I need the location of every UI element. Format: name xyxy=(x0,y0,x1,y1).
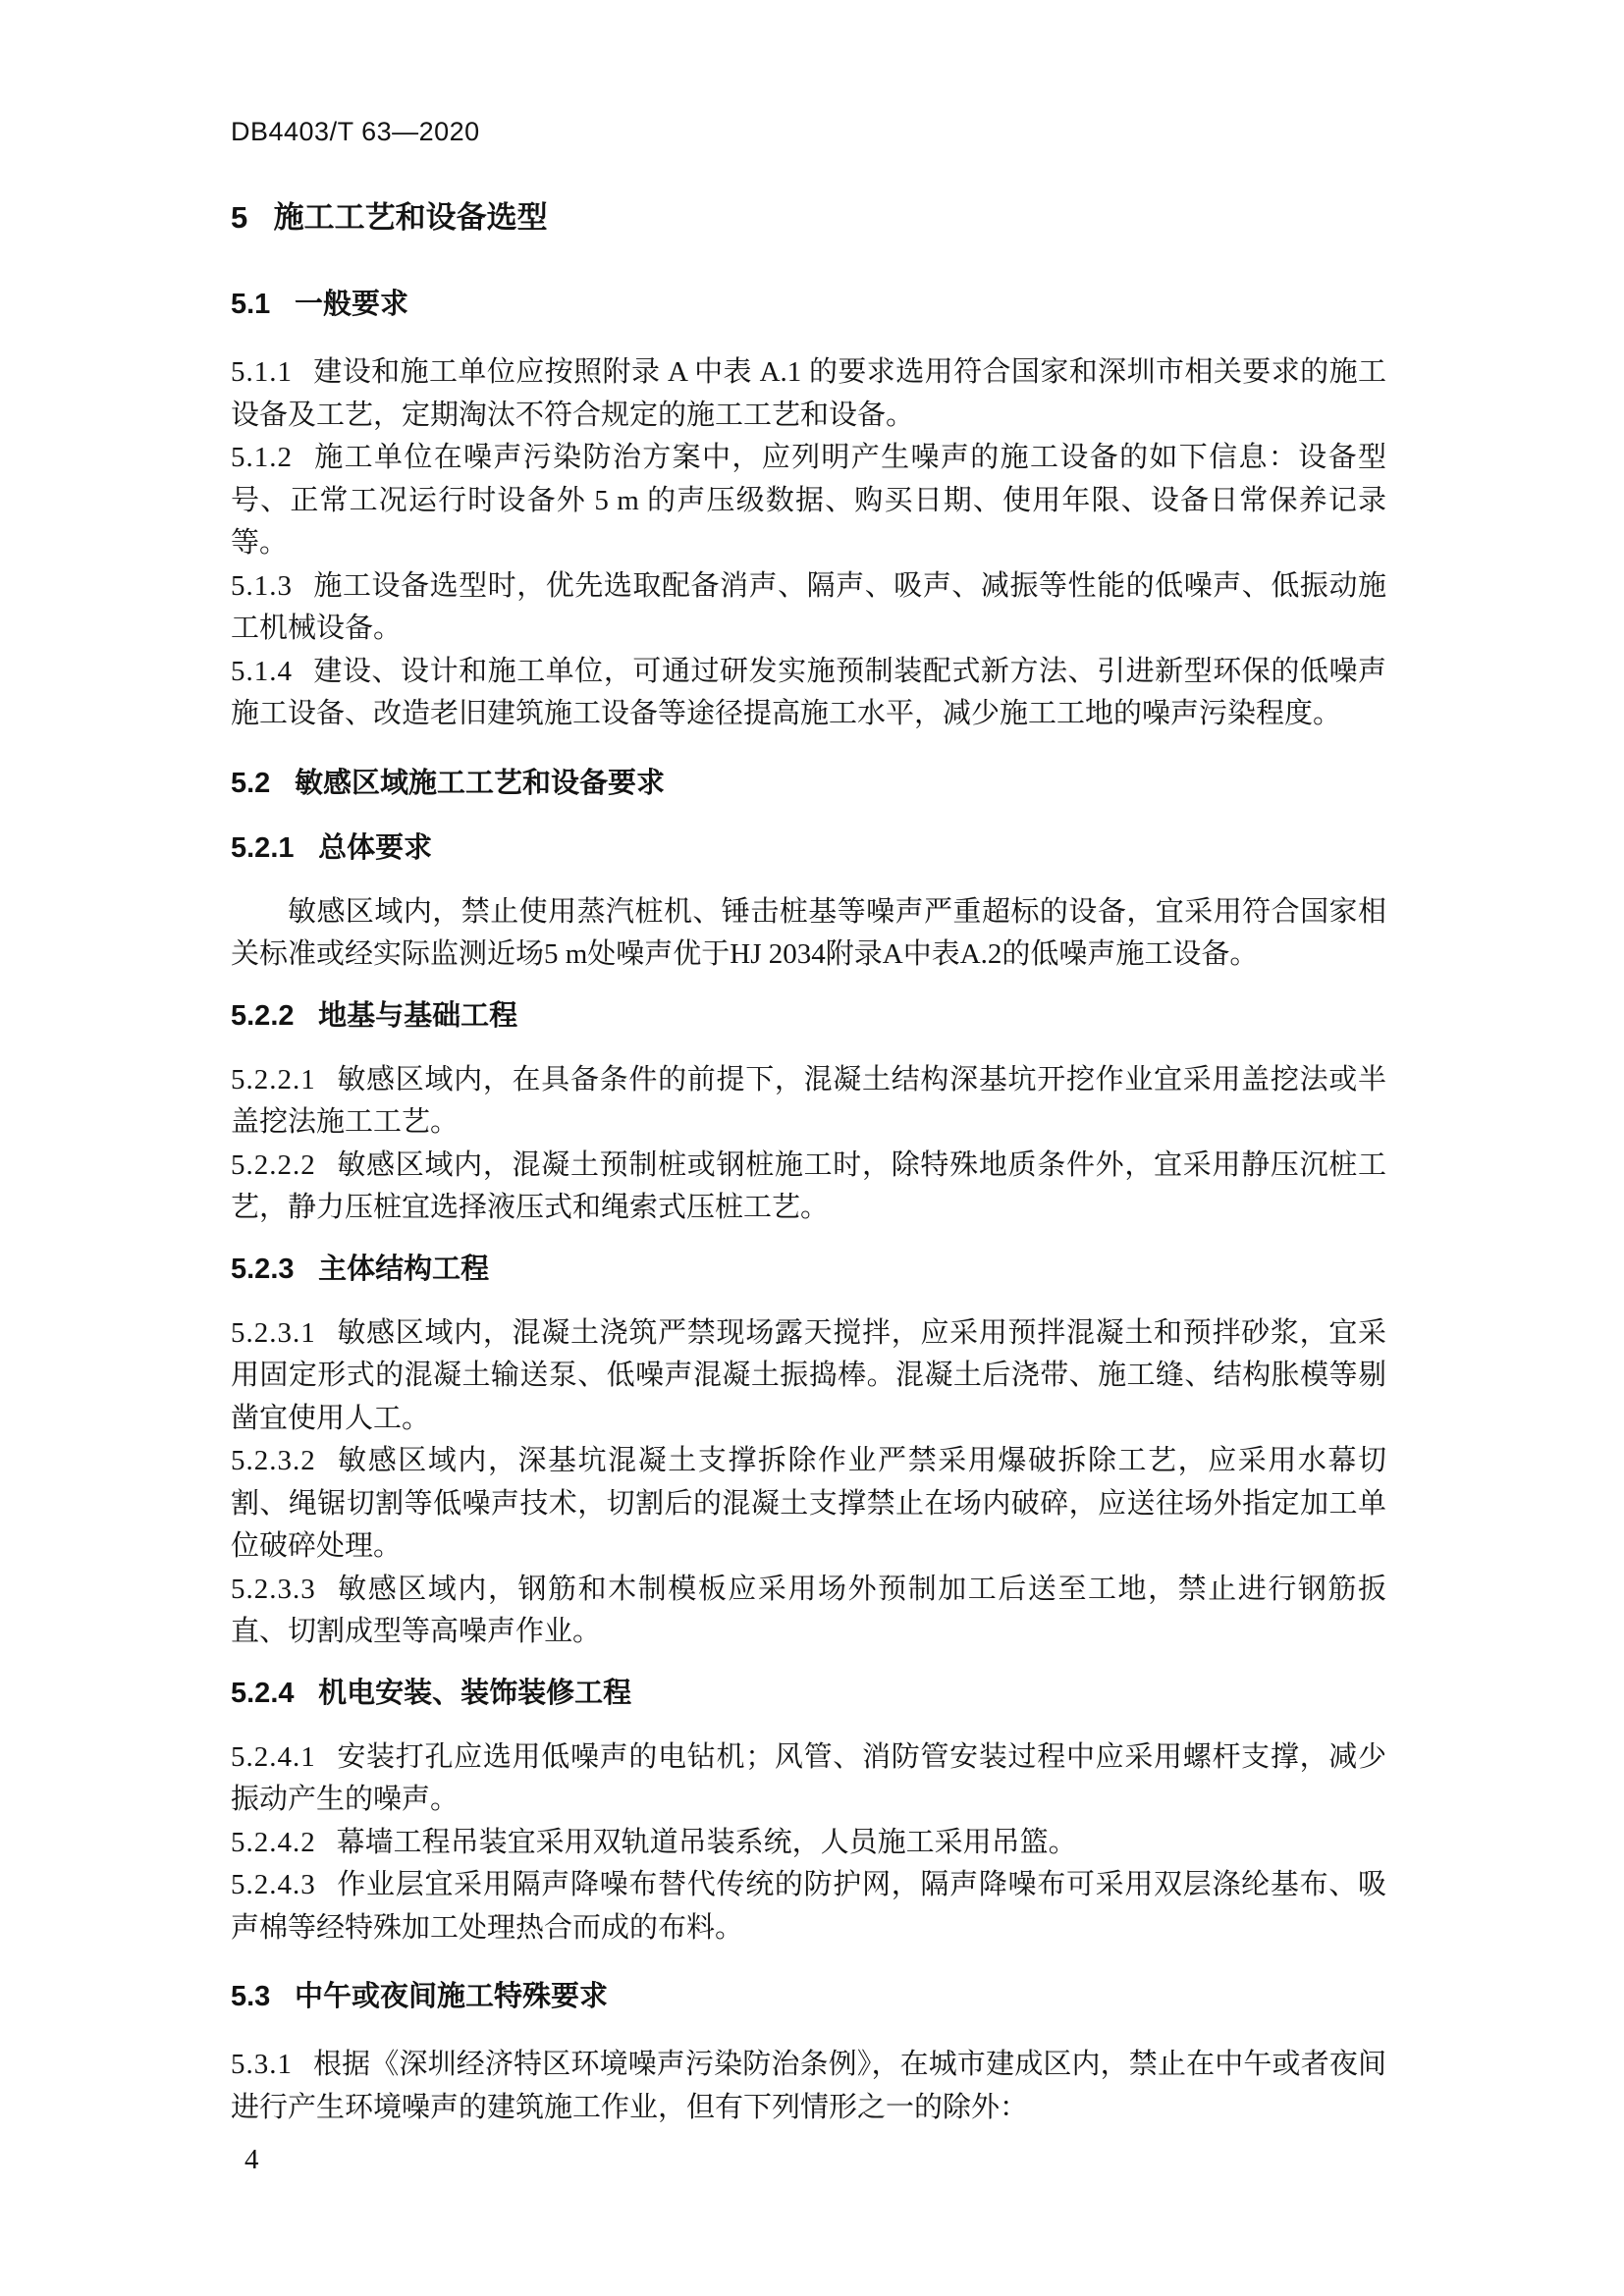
heading-label: 敏感区域施工工艺和设备要求 xyxy=(295,768,665,799)
clause-number: 5.2.3.3 xyxy=(231,1574,316,1605)
clause-paragraph-5.1.1: 5.1.1建设和施工单位应按照附录 A 中表 A.1 的要求选用符合国家和深圳市… xyxy=(231,351,1386,437)
heading-label: 中午或夜间施工特殊要求 xyxy=(295,1981,608,2012)
clause-text: 建设和施工单位应按照附录 A 中表 A.1 的要求选用符合国家和深圳市相关要求的… xyxy=(231,356,1386,431)
clause-paragraph-5.2.4.1: 5.2.4.1安装打孔应选用低噪声的电钻机；风管、消防管安装过程中应采用螺杆支撑… xyxy=(231,1736,1386,1822)
content-blocks: 5施工工艺和设备选型5.1一般要求5.1.1建设和施工单位应按照附录 A 中表 … xyxy=(231,198,1386,2129)
clause-number: 5.2.3.2 xyxy=(231,1445,316,1476)
clause-text: 敏感区域内，深基坑混凝土支撑拆除作业严禁采用爆破拆除工艺，应采用水幕切割、绳锯切… xyxy=(231,1445,1386,1562)
clause-number: 5.2.2.2 xyxy=(231,1149,316,1181)
clause-paragraph-5.1.4: 5.1.4建设、设计和施工单位，可通过研发实施预制装配式新方法、引进新型环保的低… xyxy=(231,651,1386,736)
heading-number: 5.2.1 xyxy=(231,832,295,864)
clause-paragraph-5.2.3.2: 5.2.3.2敏感区域内，深基坑混凝土支撑拆除作业严禁采用爆破拆除工艺，应采用水… xyxy=(231,1440,1386,1569)
heading-number: 5.3 xyxy=(231,1981,270,2012)
document-page: DB4403/T 63—2020 5施工工艺和设备选型5.1一般要求5.1.1建… xyxy=(0,0,1624,2296)
clause-number: 5.1.2 xyxy=(231,442,293,473)
clause-number: 5.3.1 xyxy=(231,2049,293,2080)
clause-number: 5.1.1 xyxy=(231,356,293,388)
clause-text: 幕墙工程吊装宜采用双轨道吊装系统，人员施工采用吊篮。 xyxy=(337,1827,1077,1858)
clause-number: 5.2.3.1 xyxy=(231,1317,316,1349)
clause-text: 安装打孔应选用低噪声的电钻机；风管、消防管安装过程中应采用螺杆支撑，减少振动产生… xyxy=(231,1741,1386,1816)
page-content: DB4403/T 63—2020 5施工工艺和设备选型5.1一般要求5.1.1建… xyxy=(231,116,1386,2129)
clause-number: 5.2.4.2 xyxy=(231,1827,316,1858)
section-heading-5.2.1: 5.2.1总体要求 xyxy=(231,830,1386,866)
clause-text: 施工设备选型时，优先选取配备消声、隔声、吸声、减振等性能的低噪声、低振动施工机械… xyxy=(231,570,1386,645)
section-heading-5.2.3: 5.2.3主体结构工程 xyxy=(231,1252,1386,1287)
section-heading-5: 5施工工艺和设备选型 xyxy=(231,198,1386,238)
heading-label: 总体要求 xyxy=(318,832,432,864)
heading-label: 机电安装、装饰装修工程 xyxy=(318,1678,631,1709)
clause-number: 5.2.4.3 xyxy=(231,1869,316,1900)
heading-label: 施工工艺和设备选型 xyxy=(274,200,548,235)
section-heading-5.3: 5.3中午或夜间施工特殊要求 xyxy=(231,1979,1386,2014)
clause-text: 敏感区域内，混凝土浇筑严禁现场露天搅拌，应采用预拌混凝土和预拌砂浆，宜采用固定形… xyxy=(231,1317,1386,1434)
section-heading-5.2.2: 5.2.2地基与基础工程 xyxy=(231,998,1386,1034)
clause-text: 敏感区域内，在具备条件的前提下，混凝土结构深基坑开挖作业宜采用盖挖法或半盖挖法施… xyxy=(231,1064,1386,1139)
section-heading-5.2: 5.2敏感区域施工工艺和设备要求 xyxy=(231,766,1386,801)
heading-number: 5.2.4 xyxy=(231,1678,295,1709)
clause-paragraph-5.2.3.1: 5.2.3.1敏感区域内，混凝土浇筑严禁现场露天搅拌，应采用预拌混凝土和预拌砂浆… xyxy=(231,1312,1386,1441)
heading-number: 5.2.3 xyxy=(231,1254,295,1285)
clause-number: 5.1.4 xyxy=(231,656,293,687)
clause-paragraph-5.2.2.2: 5.2.2.2敏感区域内，混凝土预制桩或钢桩施工时，除特殊地质条件外，宜采用静压… xyxy=(231,1145,1386,1230)
clause-text: 根据《深圳经济特区环境噪声污染防治条例》，在城市建成区内，禁止在中午或者夜间进行… xyxy=(231,2049,1386,2123)
clause-text: 施工单位在噪声污染防治方案中，应列明产生噪声的施工设备的如下信息：设备型号、正常… xyxy=(231,442,1386,559)
clause-number: 5.2.4.1 xyxy=(231,1741,316,1773)
heading-label: 地基与基础工程 xyxy=(318,1000,517,1032)
clause-paragraph-5.1.3: 5.1.3施工设备选型时，优先选取配备消声、隔声、吸声、减振等性能的低噪声、低振… xyxy=(231,565,1386,651)
clause-number: 5.2.2.1 xyxy=(231,1064,316,1095)
heading-label: 主体结构工程 xyxy=(318,1254,489,1285)
document-code: DB4403/T 63—2020 xyxy=(231,116,1386,147)
clause-number: 5.1.3 xyxy=(231,570,293,602)
body-paragraph: 敏感区域内，禁止使用蒸汽桩机、锤击桩基等噪声严重超标的设备，宜采用符合国家相关标… xyxy=(231,891,1386,977)
page-number: 4 xyxy=(244,2143,259,2176)
clause-paragraph-5.2.2.1: 5.2.2.1敏感区域内，在具备条件的前提下，混凝土结构深基坑开挖作业宜采用盖挖… xyxy=(231,1059,1386,1145)
clause-text: 敏感区域内，混凝土预制桩或钢桩施工时，除特殊地质条件外，宜采用静压沉桩工艺，静力… xyxy=(231,1149,1386,1224)
heading-number: 5.2 xyxy=(231,768,270,799)
heading-number: 5 xyxy=(231,200,247,235)
clause-paragraph-5.3.1: 5.3.1根据《深圳经济特区环境噪声污染防治条例》，在城市建成区内，禁止在中午或… xyxy=(231,2044,1386,2129)
section-heading-5.2.4: 5.2.4机电安装、装饰装修工程 xyxy=(231,1676,1386,1711)
clause-paragraph-5.1.2: 5.1.2施工单位在噪声污染防治方案中，应列明产生噪声的施工设备的如下信息：设备… xyxy=(231,437,1386,565)
clause-text: 建设、设计和施工单位，可通过研发实施预制装配式新方法、引进新型环保的低噪声施工设… xyxy=(231,656,1386,730)
clause-paragraph-5.2.4.3: 5.2.4.3作业层宜采用隔声降噪布替代传统的防护网，隔声降噪布可采用双层涤纶基… xyxy=(231,1864,1386,1949)
heading-number: 5.1 xyxy=(231,289,270,320)
heading-label: 一般要求 xyxy=(295,289,408,320)
clause-paragraph-5.2.4.2: 5.2.4.2幕墙工程吊装宜采用双轨道吊装系统，人员施工采用吊篮。 xyxy=(231,1822,1386,1865)
clause-text: 作业层宜采用隔声降噪布替代传统的防护网，隔声降噪布可采用双层涤纶基布、吸声棉等经… xyxy=(231,1869,1386,1944)
clause-text: 敏感区域内，禁止使用蒸汽桩机、锤击桩基等噪声严重超标的设备，宜采用符合国家相关标… xyxy=(231,896,1386,971)
clause-text: 敏感区域内，钢筋和木制模板应采用场外预制加工后送至工地，禁止进行钢筋扳直、切割成… xyxy=(231,1574,1386,1648)
heading-number: 5.2.2 xyxy=(231,1000,295,1032)
section-heading-5.1: 5.1一般要求 xyxy=(231,287,1386,322)
clause-paragraph-5.2.3.3: 5.2.3.3敏感区域内，钢筋和木制模板应采用场外预制加工后送至工地，禁止进行钢… xyxy=(231,1569,1386,1654)
